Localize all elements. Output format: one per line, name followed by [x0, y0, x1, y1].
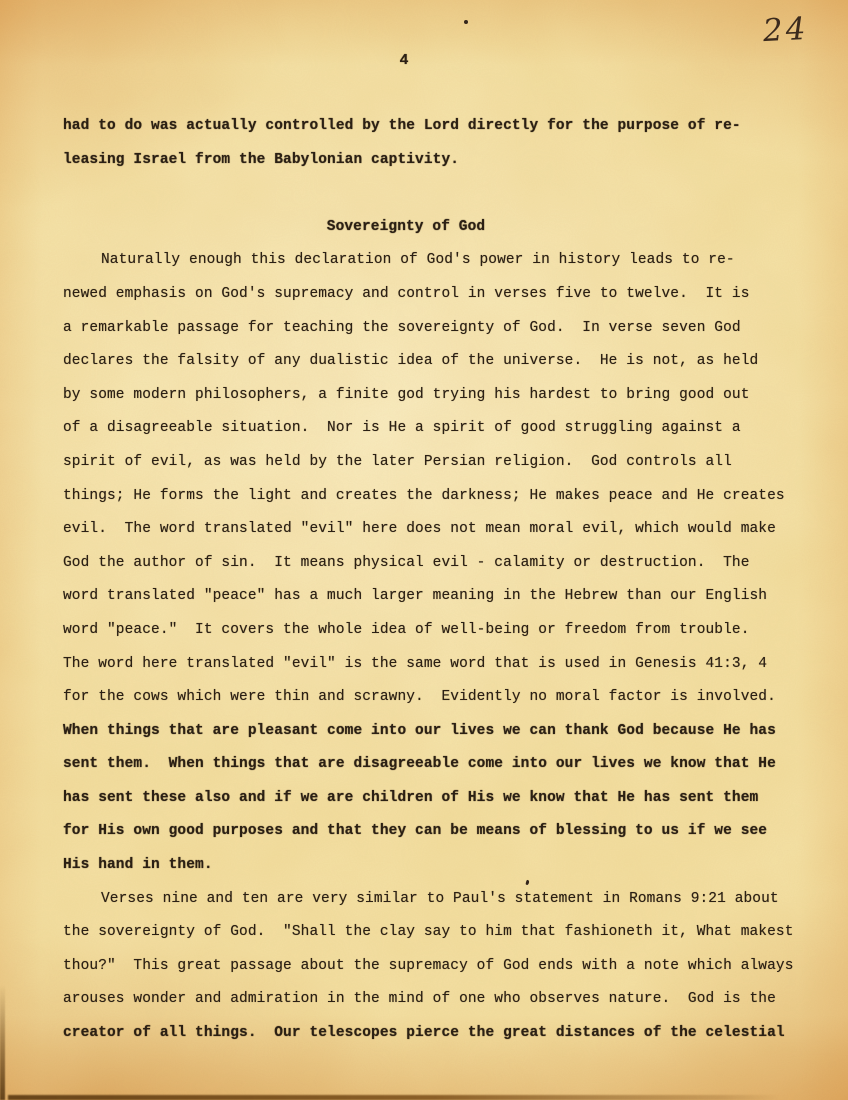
- typed-line: word translated "peace" has a much large…: [63, 580, 797, 614]
- paper-left-edge: [0, 985, 5, 1100]
- typed-line: thou?" This great passage about the supr…: [63, 950, 797, 984]
- typed-line: When things that are pleasant come into …: [63, 715, 797, 749]
- typed-line: The word here translated "evil" is the s…: [63, 648, 797, 682]
- typed-line: evil. The word translated "evil" here do…: [63, 513, 797, 547]
- typed-line: arouses wonder and admiration in the min…: [63, 983, 797, 1017]
- section-heading: Sovereignty of God: [39, 211, 773, 245]
- typed-line: spirit of evil, as was held by the later…: [63, 446, 797, 480]
- ink-speck: [464, 20, 468, 24]
- typed-line: of a disagreeable situation. Nor is He a…: [63, 412, 797, 446]
- typed-line: has sent these also and if we are childr…: [63, 782, 797, 816]
- typed-line: for the cows which were thin and scrawny…: [63, 681, 797, 715]
- typed-text-body: had to do was actually controlled by the…: [63, 110, 797, 1051]
- typed-line: things; He forms the light and creates t…: [63, 480, 797, 514]
- typed-line: leasing Israel from the Babylonian capti…: [63, 144, 797, 178]
- typed-line: word "peace." It covers the whole idea o…: [63, 614, 797, 648]
- typed-line: newed emphasis on God's supremacy and co…: [63, 278, 797, 312]
- typed-line: Naturally enough this declaration of God…: [63, 244, 797, 278]
- typed-line: by some modern philosophers, a finite go…: [63, 379, 797, 413]
- typed-line: His hand in them.: [63, 849, 797, 883]
- paper-bottom-edge: [8, 1095, 780, 1100]
- typed-line: Verses nine and ten are very similar to …: [63, 883, 797, 917]
- typed-line: God the author of sin. It means physical…: [63, 547, 797, 581]
- typed-line: declares the falsity of any dualistic id…: [63, 345, 797, 379]
- handwritten-page-annotation: 24: [762, 11, 809, 49]
- page-number: 4: [37, 52, 771, 69]
- typed-line: had to do was actually controlled by the…: [63, 110, 797, 144]
- typed-line: sent them. When things that are disagree…: [63, 748, 797, 782]
- typed-line: for His own good purposes and that they …: [63, 815, 797, 849]
- typed-line: creator of all things. Our telescopes pi…: [63, 1017, 797, 1051]
- manuscript-page: 24 4 had to do was actually controlled b…: [0, 0, 848, 1100]
- typed-line: the sovereignty of God. "Shall the clay …: [63, 916, 797, 950]
- typed-line: a remarkable passage for teaching the so…: [63, 312, 797, 346]
